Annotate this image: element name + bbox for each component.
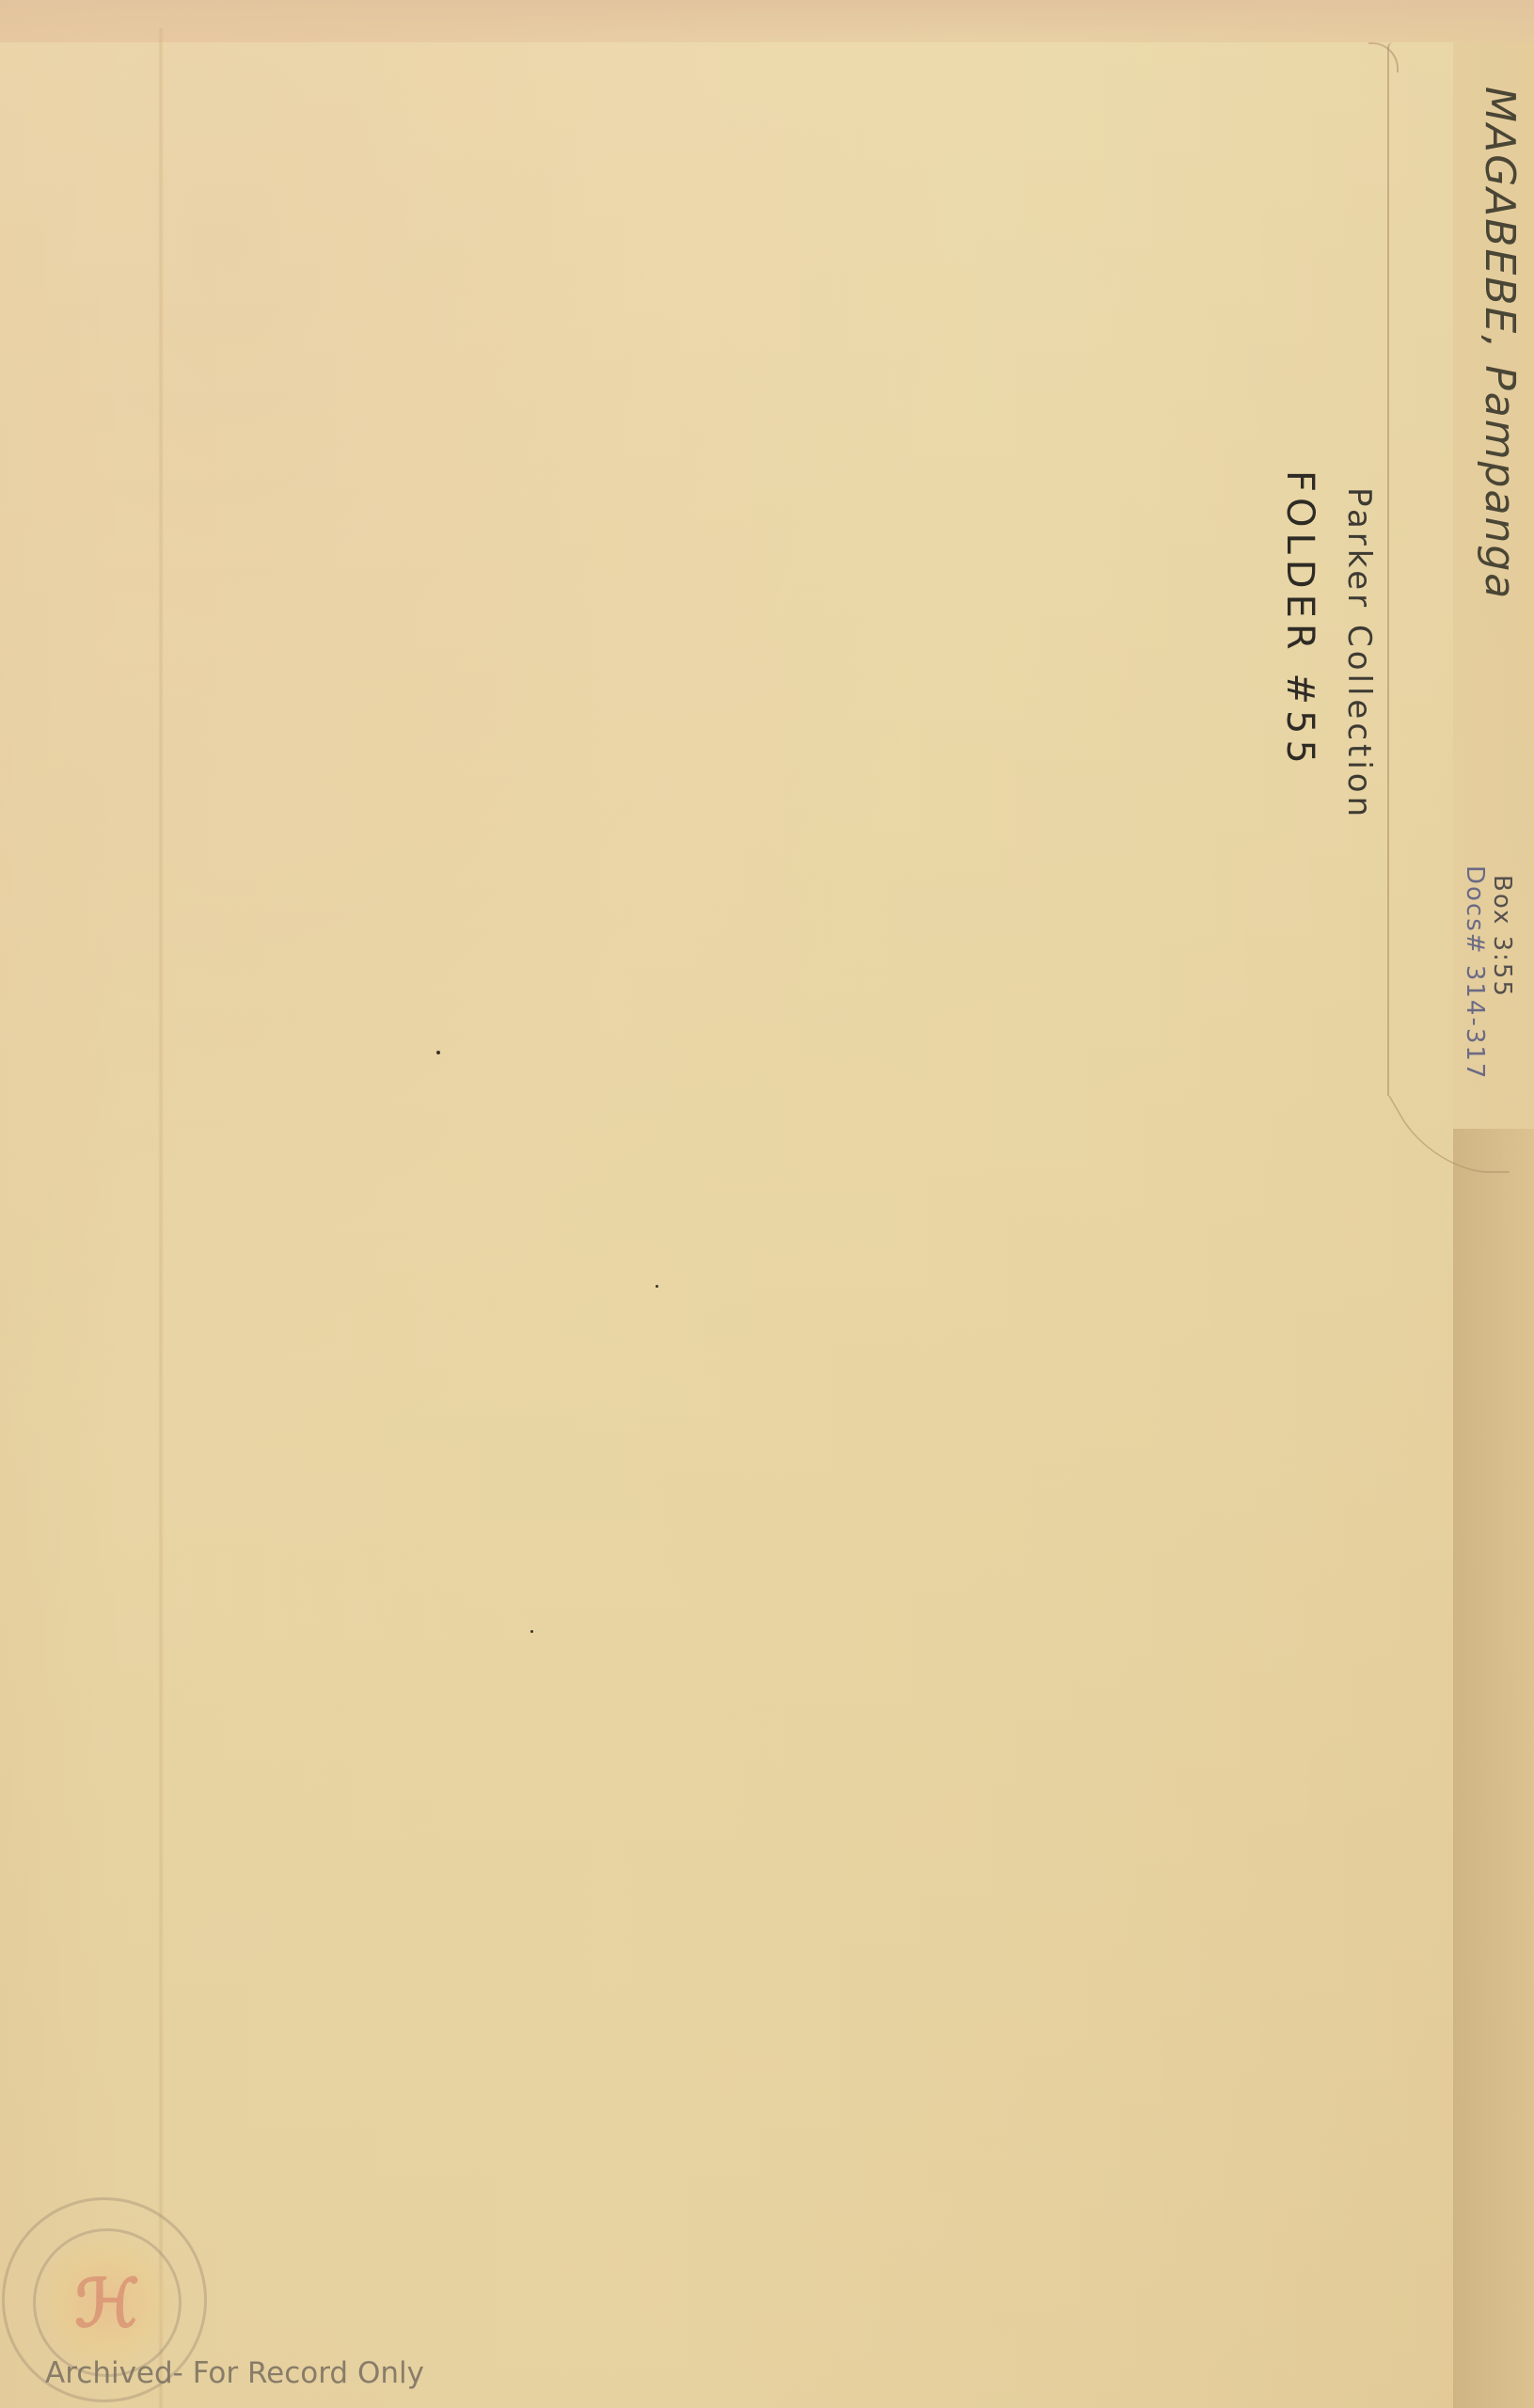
paper-speck [656,1285,658,1288]
paper-speck [436,1051,440,1054]
top-paper-edge [0,0,1534,42]
left-fold-line [158,28,164,2408]
collection-label: Parker Collection [1340,487,1378,820]
seal-inner-ring: ℋ [33,2228,182,2377]
docs-range-label: Docs# 314-317 [1461,865,1489,1080]
paper-speck [530,1630,533,1633]
seal-glyph: ℋ [36,2231,179,2374]
back-panel-shadow [1453,1129,1534,2408]
box-number-label: Box 3:55 [1488,875,1516,998]
archive-watermark: Archived- For Record Only [45,2356,424,2390]
folder-tab-edge [1387,42,1393,1096]
folder-front-panel [0,42,1453,2408]
tab-title-label: MAGABEBE, Pampanga [1476,87,1524,600]
folder-number-label: FOLDER #55 [1278,470,1321,769]
